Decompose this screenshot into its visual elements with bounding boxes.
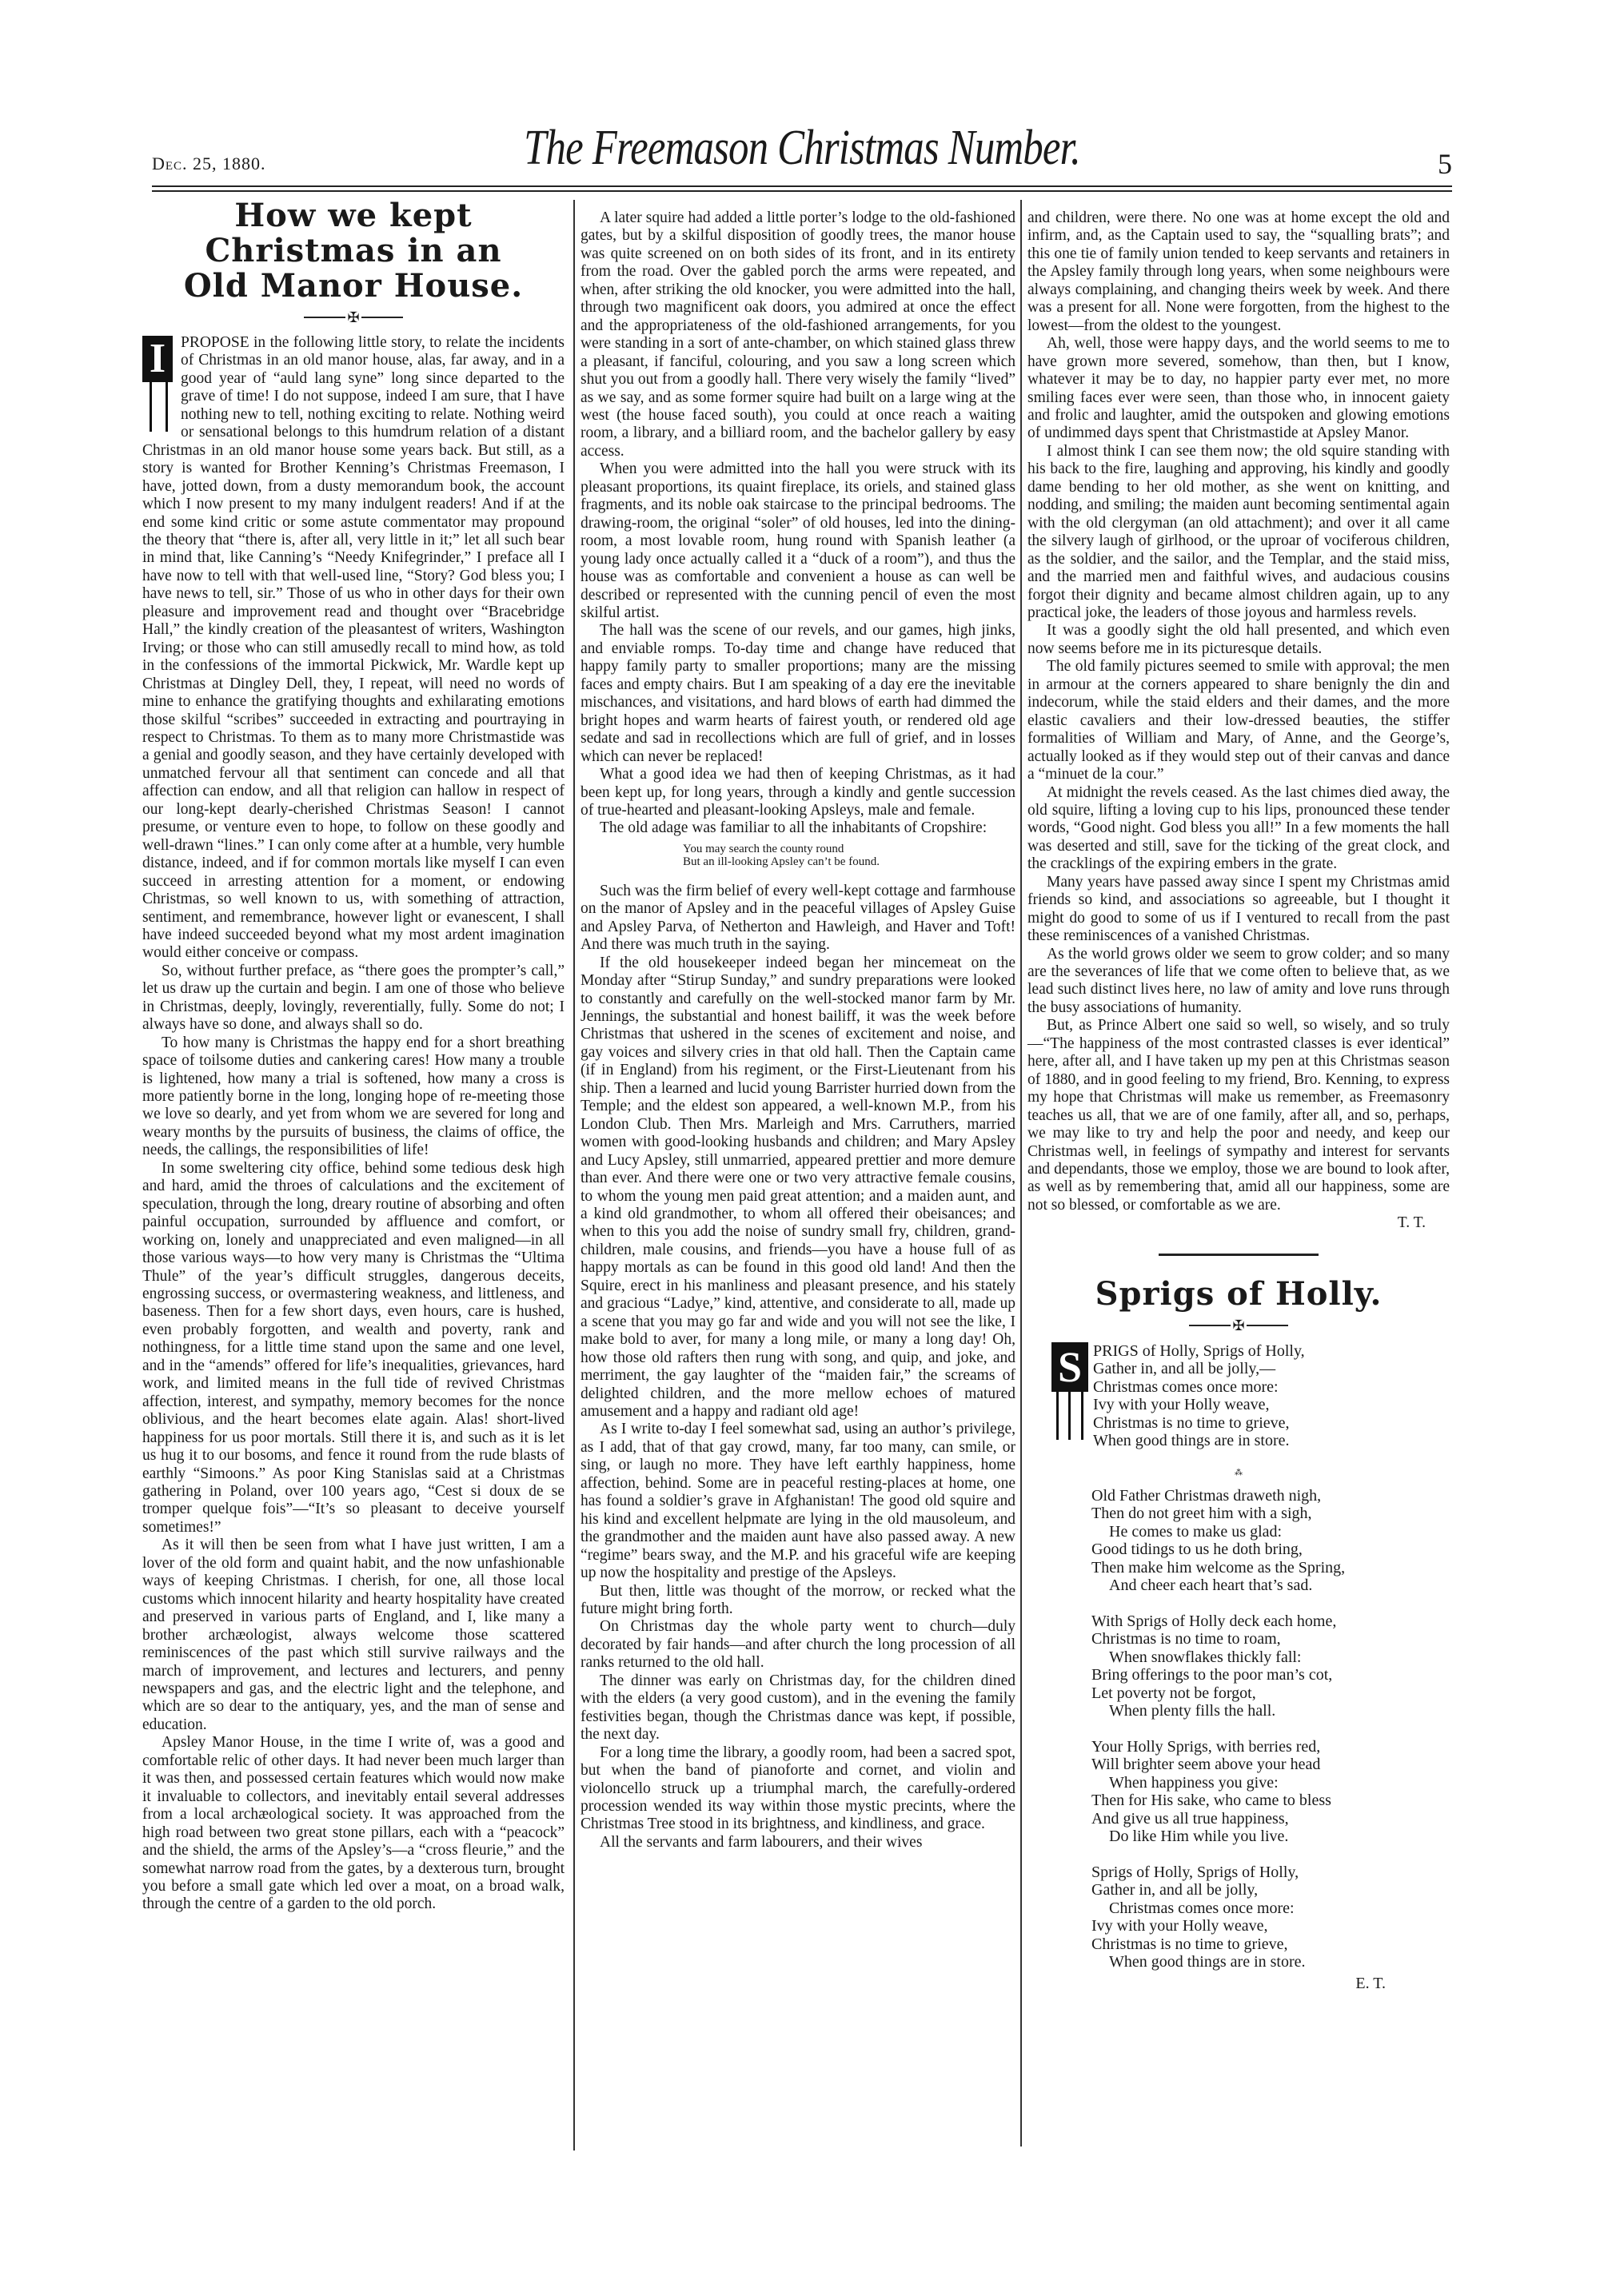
dropcap-ornament-icon <box>1051 1392 1088 1440</box>
poem-line: Christmas is no time to grieve, <box>1091 1935 1450 1954</box>
masthead-double-rule <box>152 185 1452 192</box>
poem-line: Ivy with your Holly weave, <box>1091 1917 1450 1935</box>
poem-stanza: Old Father Christmas draweth nigh, Then … <box>1091 1487 1450 1595</box>
poem-line: PRIGS of Holly, Sprigs of Holly, <box>1051 1342 1450 1361</box>
poem-line: Ivy with your Holly weave, <box>1051 1396 1450 1414</box>
poem-line: And cheer each heart that’s sad. <box>1091 1577 1450 1595</box>
poem-line: Gather in, and all be jolly,— <box>1051 1360 1450 1378</box>
article-paragraph: It was a goodly sight the old hall prese… <box>1027 622 1450 658</box>
article-title-line-2: Old Manor House. <box>184 267 523 305</box>
article-paragraph: The old family pictures seemed to smile … <box>1027 658 1450 783</box>
article-paragraph: Ah, well, those were happy days, and the… <box>1027 335 1450 443</box>
article-paragraph: At midnight the revels ceased. As the la… <box>1027 784 1450 874</box>
poem-line: Let poverty not be forgot, <box>1091 1684 1450 1703</box>
poem-line: Bring offerings to the poor man’s cot, <box>1091 1666 1450 1684</box>
poem-stanza: With Sprigs of Holly deck each home, Chr… <box>1091 1612 1450 1720</box>
dropcap-ornament-icon <box>142 382 174 432</box>
verse-line: You may search the county round <box>683 843 1015 855</box>
title-ornament: ✠ <box>142 312 565 323</box>
article-paragraph: But, as Prince Albert one said so well, … <box>1027 1017 1450 1214</box>
poem-line: Then for His sake, who came to bless <box>1091 1792 1450 1810</box>
cross-ornament-icon: ✠ <box>1231 1320 1246 1331</box>
column-3: and children, were there. No one was at … <box>1027 209 1450 1992</box>
poem-line: Christmas is no time to roam, <box>1091 1630 1450 1648</box>
poem-line: And give us all true happiness, <box>1091 1810 1450 1828</box>
article-paragraph: For a long time the library, a goodly ro… <box>581 1744 1015 1834</box>
masthead: Dec. 25, 1880. The Freemason Christmas N… <box>152 120 1452 184</box>
article-paragraph: So, without further preface, as “there g… <box>142 963 565 1034</box>
article-paragraph: A later squire had added a little porter… <box>581 209 1015 460</box>
poem-line: Sprigs of Holly, Sprigs of Holly, <box>1091 1864 1450 1882</box>
article-paragraph: When you were admitted into the hall you… <box>581 460 1015 622</box>
poem-line: Do like Him while you live. <box>1091 1828 1450 1846</box>
poem-line: Good tidings to us he doth bring, <box>1091 1541 1450 1559</box>
verse-line: But an ill-looking Apsley can’t be found… <box>683 855 1015 868</box>
illuminated-dropcap-I: I <box>142 336 174 436</box>
article-signature: T. T. <box>1027 1214 1450 1232</box>
poem-line: Will brighter seem above your head <box>1091 1756 1450 1774</box>
adage-verse: You may search the county round But an i… <box>683 843 1015 868</box>
article-paragraph: In some sweltering city office, behind s… <box>142 1160 565 1537</box>
poem-line: When happiness you give: <box>1091 1774 1450 1792</box>
article-paragraph: I almost think I can see them now; the o… <box>1027 443 1450 623</box>
poem-line: When good things are in store. <box>1051 1432 1450 1450</box>
poem-stanza: Your Holly Sprigs, with berries red, Wil… <box>1091 1738 1450 1846</box>
cross-ornament-icon: ✠ <box>345 312 361 323</box>
article-paragraph: What a good idea we had then of keeping … <box>581 766 1015 819</box>
article-paragraph: Apsley Manor House, in the time I write … <box>142 1734 565 1914</box>
poem-line: Your Holly Sprigs, with berries red, <box>1091 1738 1450 1756</box>
stanza-ornament-icon: ⁂ <box>1027 1468 1450 1479</box>
article-paragraph: If the old housekeeper indeed began her … <box>581 955 1015 1421</box>
page-number: 5 <box>1438 147 1452 181</box>
poem-line: He comes to make us glad: <box>1091 1523 1450 1541</box>
poem-body: S PRIGS of Holly, Sprigs of Holly, Gathe… <box>1027 1342 1450 1993</box>
dropcap-letter: S <box>1051 1342 1088 1392</box>
poem-stanza: Sprigs of Holly, Sprigs of Holly, Gather… <box>1091 1864 1450 1971</box>
column-1: How we kept Christmas in an Old Manor Ho… <box>142 198 565 1914</box>
article-paragraph: Such was the firm belief of every well-k… <box>581 883 1015 955</box>
poem-line: With Sprigs of Holly deck each home, <box>1091 1612 1450 1631</box>
article-paragraph: and children, were there. No one was at … <box>1027 209 1450 335</box>
poem-line: Christmas is no time to grieve, <box>1051 1414 1450 1433</box>
poem-line: Old Father Christmas draweth nigh, <box>1091 1487 1450 1505</box>
issue-date: Dec. 25, 1880. <box>152 153 266 174</box>
article-paragraph: As the world grows older we seem to grow… <box>1027 946 1450 1018</box>
article-paragraph: But then, little was thought of the morr… <box>581 1583 1015 1619</box>
article-paragraph: Many years have passed away since I spen… <box>1027 874 1450 946</box>
article-paragraph: All the servants and farm labourers, and… <box>581 1834 1015 1852</box>
article-title: How we kept Christmas in an Old Manor Ho… <box>142 198 565 304</box>
column-2: A later squire had added a little porter… <box>581 209 1015 1852</box>
poem-title-ornament: ✠ <box>1027 1320 1450 1331</box>
poem-line: When snowflakes thickly fall: <box>1091 1648 1450 1667</box>
newspaper-title: The Freemason Christmas Number. <box>269 120 1335 177</box>
poem-line: When plenty fills the hall. <box>1091 1702 1450 1720</box>
article-paragraph: On Christmas day the whole party went to… <box>581 1618 1015 1672</box>
poem-line: Christmas comes once more: <box>1091 1899 1450 1918</box>
poem-title: Sprigs of Holly. <box>1027 1277 1450 1312</box>
article-paragraph: As it will then be seen from what I have… <box>142 1537 565 1734</box>
poem-line: Gather in, and all be jolly, <box>1091 1881 1450 1899</box>
article-paragraph: The dinner was early on Christmas day, f… <box>581 1672 1015 1744</box>
poem-line: When good things are in store. <box>1091 1953 1450 1971</box>
column-divider-2 <box>1020 200 1022 2147</box>
article-title-line-1: How we kept Christmas in an <box>205 197 501 269</box>
poem-stanza: S PRIGS of Holly, Sprigs of Holly, Gathe… <box>1051 1342 1450 1450</box>
poem-signature: E. T. <box>1027 1975 1450 1993</box>
section-divider-rule <box>1159 1254 1319 1256</box>
article-paragraph: To how many is Christmas the happy end f… <box>142 1034 565 1160</box>
article-paragraph: PROPOSE in the following little story, t… <box>142 334 565 963</box>
illuminated-dropcap-S: S <box>1051 1342 1088 1443</box>
article-paragraph: The old adage was familiar to all the in… <box>581 819 1015 837</box>
article-paragraph: The hall was the scene of our revels, an… <box>581 622 1015 766</box>
column-divider-1 <box>573 200 575 2151</box>
poem-line: Then make him welcome as the Spring, <box>1091 1559 1450 1577</box>
dropcap-letter: I <box>142 336 173 382</box>
article-paragraph: As I write to-day I feel somewhat sad, u… <box>581 1421 1015 1582</box>
poem-line: Then do not greet him with a sigh, <box>1091 1505 1450 1523</box>
poem-line: Christmas comes once more: <box>1051 1378 1450 1397</box>
